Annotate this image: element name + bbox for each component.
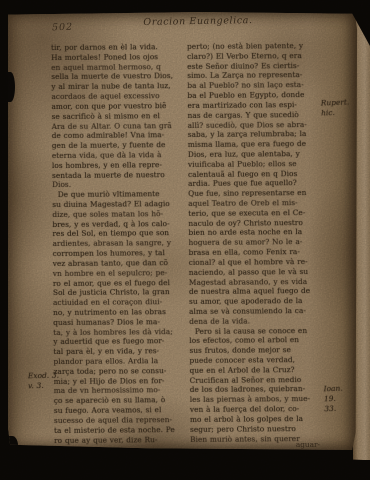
- margin-note-ioan: Ioan.19.33.: [323, 384, 343, 414]
- text-line: ta, y à los hombres les dà vida;: [53, 327, 189, 338]
- text-line: Sol de justicia Christo, la gran: [53, 287, 189, 298]
- text-line: ba el Pueblo en Egypto, donde: [187, 90, 323, 101]
- text-line: Rupert.: [321, 98, 350, 109]
- text-line: ardientes, abrasan la sangre, y: [53, 238, 189, 249]
- text-line: perto; (no està bien patente, y: [187, 41, 323, 52]
- text-line: Ioan.: [323, 384, 342, 394]
- page-number: 502: [52, 22, 74, 34]
- text-line: alma se và consumiendo la ca-: [189, 306, 325, 317]
- text-line: misma llama, que era fuego de: [188, 139, 324, 150]
- scan-edge-top: [0, 0, 370, 12]
- text-line: ta el misterio de esta noche. Pe: [54, 425, 190, 436]
- text-line: Ara de su Altar. O cuna tan grã: [52, 120, 188, 131]
- catchword: aguar-: [187, 440, 320, 449]
- text-line: les las piernas à ambos, y mue-: [190, 394, 326, 405]
- text-line: naciendo, al passo que le và su: [189, 267, 325, 278]
- scan-edge-bottom: [0, 446, 370, 480]
- text-line: Que fue, sino representarse en: [188, 188, 324, 199]
- margin-note-exodus: Exod. 3.v. 3.: [28, 371, 59, 391]
- book-page: 502 Oracion Euangelica. tir, por darnos …: [8, 12, 357, 450]
- book-scan: 502 Oracion Euangelica. tir, por darnos …: [0, 0, 370, 480]
- text-line: Pero si la causa se conoce en: [189, 325, 325, 336]
- margin-note-rupert: Rupert.hic.: [321, 98, 350, 119]
- text-line: sucesso de aquel dia represen-: [54, 415, 190, 426]
- text-line: cional? al que el hombre và re-: [189, 257, 325, 268]
- text-block: tir, por darnos en èl la vida.Ha mortale…: [8, 41, 357, 44]
- text-line: su diuina Magestad? El adagio: [52, 199, 188, 210]
- text-column-right: perto; (no està bien patente, yclaro?) E…: [187, 41, 326, 444]
- scan-edge-left: [0, 0, 8, 480]
- text-line: 33.: [324, 403, 343, 413]
- text-column-left: tir, por darnos en èl la vida.Ha mortale…: [51, 42, 190, 445]
- running-title: Oracion Euangelica.: [118, 15, 278, 29]
- text-line: v. 3.: [28, 381, 59, 391]
- text-line: y al mirar la nube de tanta luz,: [51, 81, 187, 92]
- text-line: Exod. 3.: [28, 371, 59, 381]
- text-line: ro que ay que ver, dize Ru-: [54, 434, 190, 445]
- text-line: hic.: [321, 107, 350, 118]
- text-line: de nuestra alma aquel fuego de: [189, 286, 325, 297]
- text-line: terio, que se executa en el Ce-: [188, 208, 324, 219]
